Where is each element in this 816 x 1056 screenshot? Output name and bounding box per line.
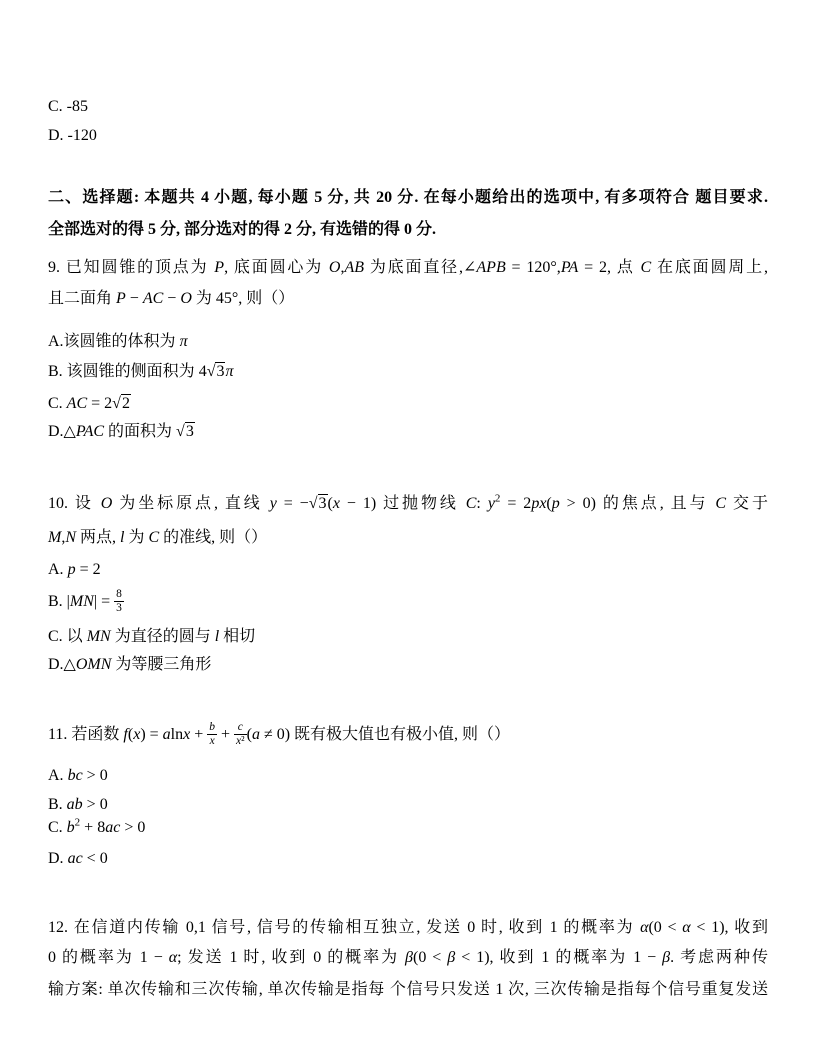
roman-run: ln: [171, 726, 183, 743]
math-run: (x − 1): [328, 495, 377, 512]
math-run: bc > 0: [68, 767, 108, 784]
fraction: cx²: [234, 721, 247, 748]
math-run: 1 − α: [140, 949, 177, 966]
q9-option-b: B. 该圆锥的侧面积为 4√3π: [48, 362, 768, 382]
text-run: 交于: [726, 495, 768, 512]
text-run: B. 该圆锥的侧面积为: [48, 363, 199, 380]
q10-option-d: D.△OMN 为等腰三角形: [48, 655, 768, 675]
text-run: , 收到 1 的概率为: [490, 949, 634, 966]
math-run: = 2px(p > 0): [500, 495, 596, 512]
q10-stem-line1: 10. 设 O 为坐标原点, 直线 y = −√3(x − 1) 过抛物线 C:…: [48, 494, 768, 514]
section-header-line2: 全部选对的得 5 分, 部分选对的得 2 分, 有选错的得 0 分.: [48, 220, 768, 240]
math-run: ac < 0: [68, 850, 108, 867]
math-run: 1 − β: [633, 949, 670, 966]
math-run: MN: [87, 628, 111, 645]
text-run: B.: [48, 593, 67, 610]
math-run: OMN: [76, 656, 112, 673]
math-run: x: [210, 735, 215, 747]
math-run: O: [101, 495, 113, 512]
math-run: P − AC − O: [116, 290, 192, 307]
math-run: M,N: [48, 529, 76, 546]
q12-stem-line2: 0 的概率为 1 − α; 发送 1 时, 收到 0 的概率为 β(0 < β …: [48, 948, 768, 968]
math-run: C: [640, 259, 651, 276]
math-run: y = −: [270, 495, 309, 512]
text-run: 为底面直径,: [364, 259, 463, 276]
text-run: 全部选对的得 5 分, 部分选对的得 2 分, 有选错的得 0 分.: [48, 221, 436, 238]
text-run: C.: [48, 395, 67, 412]
q9-stem-line1: 9. 已知圆锥的顶点为 P, 底面圆心为 O,AB 为底面直径,∠APB = 1…: [48, 258, 768, 278]
text-run: 在底面圆周上,: [651, 259, 768, 276]
text-run: 既有极大值也有极小值, 则（）: [290, 726, 510, 743]
math-run: f(x) = a: [123, 726, 170, 743]
sqrt-radical: √3: [309, 495, 328, 512]
text-run: 为: [124, 529, 148, 546]
text-run: 为等腰三角形: [111, 656, 211, 673]
text-run: 10. 设: [48, 495, 101, 512]
math-run: β(0 < β < 1): [405, 949, 490, 966]
math-run: |MN| =: [67, 593, 114, 610]
text-run: C. -85: [48, 98, 88, 115]
q9-option-d: D.△PAC 的面积为 √3: [48, 422, 768, 442]
text-run: 的焦点, 且与: [596, 495, 715, 512]
math-run: 4: [199, 363, 207, 380]
math-run: x²: [236, 735, 245, 747]
q11-stem: 11. 若函数 f(x) = alnx + bx + cx²(a ≠ 0) 既有…: [48, 718, 768, 752]
text-run: 两点,: [76, 529, 120, 546]
text-run: ; 发送 1 时, 收到 0 的概率为: [177, 949, 405, 966]
q11-option-d: D. ac < 0: [48, 849, 768, 869]
text-run: 点: [611, 259, 641, 276]
math-run: ab > 0: [67, 796, 108, 813]
math-run: AC = 2: [67, 395, 112, 412]
q10-option-c: C. 以 MN 为直径的圆与 l 相切: [48, 627, 768, 647]
roman-run: +: [217, 726, 234, 743]
text-run: C. 以: [48, 628, 87, 645]
text-run: 相切: [219, 628, 255, 645]
math-run: c: [238, 721, 243, 733]
math-run: b: [209, 721, 215, 733]
math-run: b: [67, 819, 75, 836]
math-run: p = 2: [68, 561, 101, 578]
text-run: 0 的概率为: [48, 949, 140, 966]
sqrt-radical: √3: [207, 363, 226, 380]
q9-option-c: C. AC = 2√2: [48, 394, 768, 414]
text-run: 为直径的圆与: [111, 628, 215, 645]
text-run: A.: [48, 767, 68, 784]
prev-option-c: C. -85: [48, 97, 768, 117]
text-run: D. -120: [48, 127, 97, 144]
text-run: , 收到: [725, 919, 768, 936]
math-run: α(0 < α < 1): [640, 919, 724, 936]
q9-stem-line2: 且二面角 P − AC − O 为 45°, 则（）: [48, 289, 768, 309]
document-page: C. -85D. -120二、选择题: 本题共 4 小题, 每小题 5 分, 共…: [0, 0, 816, 1056]
text-run: 且二面角: [48, 290, 116, 307]
text-run: 12. 在信道内传输 0,1 信号, 信号的传输相互独立, 发送 0 时, 收到…: [48, 919, 640, 936]
text-run: . 考虑两种传: [670, 949, 768, 966]
text-run: 的准线, 则（）: [159, 529, 267, 546]
section-header-line1: 二、选择题: 本题共 4 小题, 每小题 5 分, 共 20 分. 在每小题给出…: [48, 188, 768, 208]
math-run: π: [225, 363, 233, 380]
math-run: π: [180, 333, 188, 350]
math-run: C: [715, 495, 726, 512]
text-run: 二、选择题: 本题共 4 小题, 每小题 5 分, 共 20 分. 在每小题给出…: [48, 189, 768, 206]
math-run: 3: [116, 602, 122, 614]
q11-option-a: A. bc > 0: [48, 766, 768, 786]
text-run: A.: [48, 561, 68, 578]
math-run: (a ≠ 0): [247, 726, 290, 743]
text-run: D.: [48, 850, 68, 867]
prev-option-d: D. -120: [48, 126, 768, 146]
math-run: x +: [183, 726, 207, 743]
text-run: 为 45°, 则（）: [192, 290, 294, 307]
fraction: 83: [114, 588, 124, 615]
math-run: O,AB: [329, 259, 364, 276]
q10-stem-line2: M,N 两点, l 为 C 的准线, 则（）: [48, 528, 768, 548]
fraction: bx: [207, 721, 217, 748]
text-run: 为坐标原点, 直线: [112, 495, 269, 512]
text-run: 9. 已知圆锥的顶点为: [48, 259, 214, 276]
sqrt-radical: √3: [176, 423, 195, 440]
sqrt-radical: √2: [112, 395, 131, 412]
q10-option-b: B. |MN| = 83: [48, 585, 768, 619]
text-run: A.该圆锥的体积为: [48, 333, 180, 350]
text-run: 11. 若函数: [48, 726, 123, 743]
q11-option-c: C. b2 + 8ac > 0: [48, 818, 768, 838]
text-run: 的面积为: [104, 423, 176, 440]
text-run: 输方案: 单次传输和三次传输, 单次传输是指每 个信号只发送 1 次, 三次传输…: [48, 981, 768, 998]
math-run: ∠APB = 120°,PA = 2,: [463, 259, 611, 276]
q12-stem-line3: 输方案: 单次传输和三次传输, 单次传输是指每 个信号只发送 1 次, 三次传输…: [48, 980, 768, 1000]
text-run: 过抛物线: [376, 495, 466, 512]
q11-option-b: B. ab > 0: [48, 795, 768, 815]
q9-option-a: A.该圆锥的体积为 π: [48, 332, 768, 352]
text-run: D.△: [48, 656, 76, 673]
text-run: C.: [48, 819, 67, 836]
math-run: + 8ac > 0: [80, 819, 145, 836]
math-run: C: [148, 529, 159, 546]
math-run: 8: [116, 588, 122, 600]
q10-option-a: A. p = 2: [48, 560, 768, 580]
q12-stem-line1: 12. 在信道内传输 0,1 信号, 信号的传输相互独立, 发送 0 时, 收到…: [48, 918, 768, 938]
text-run: B.: [48, 796, 67, 813]
text-run: D.△: [48, 423, 76, 440]
math-run: P: [214, 259, 224, 276]
text-run: , 底面圆心为: [224, 259, 329, 276]
math-run: PAC: [76, 423, 104, 440]
math-run: C: y: [466, 495, 495, 512]
